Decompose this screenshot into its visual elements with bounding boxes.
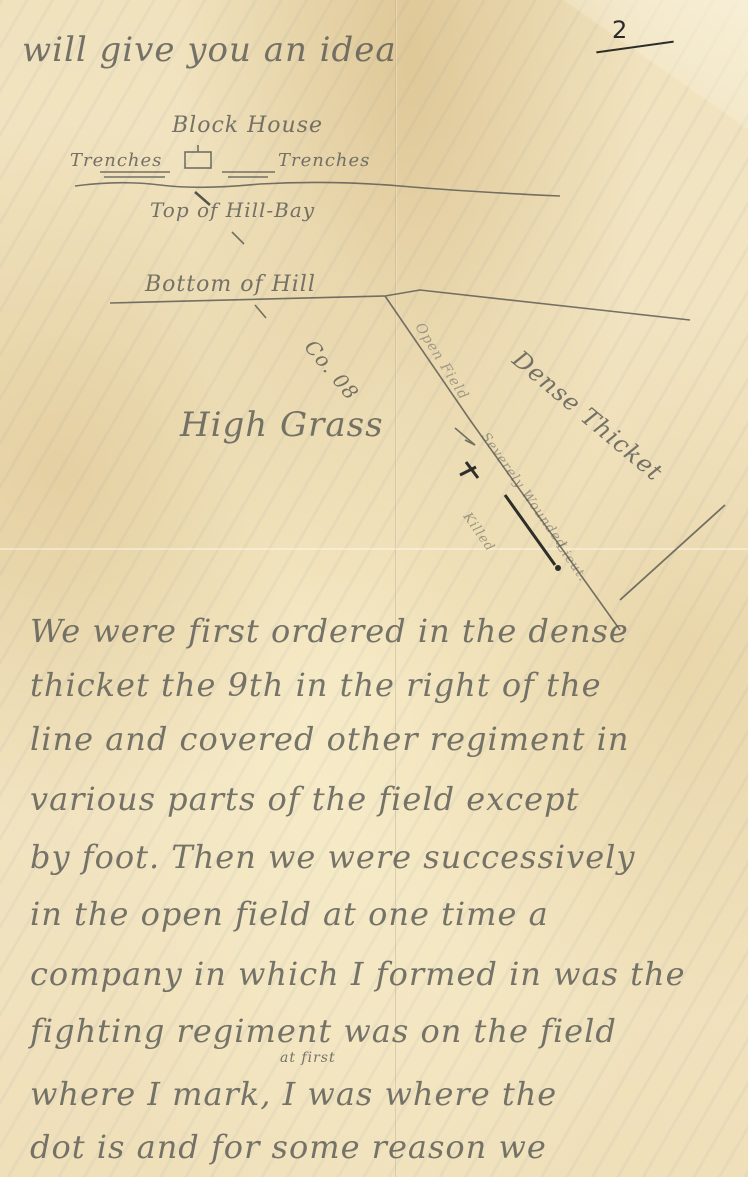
- body-line-1: We were first ordered in the dense: [30, 612, 629, 650]
- label-trenches-left: Trenches: [70, 150, 162, 171]
- label-high-grass: High Grass: [180, 405, 384, 445]
- body-line-8: fighting regiment was on the field: [30, 1012, 617, 1050]
- letter-page: 2 will give you an idea: [0, 0, 748, 1177]
- body-line-6: in the open field at one time a: [30, 895, 549, 933]
- body-line-10: dot is and for some reason we: [30, 1128, 547, 1166]
- label-bottom-of-hill: Bottom of Hill: [145, 272, 316, 297]
- body-line-4: various parts of the field except: [30, 780, 579, 818]
- body-line-3: line and covered other regiment in: [30, 720, 629, 758]
- body-line-5: by foot. Then we were successively: [30, 838, 635, 876]
- block-house-icon: [185, 152, 211, 168]
- sketch-map: [0, 0, 748, 1177]
- body-line-9: where I mark, I was where the: [30, 1075, 557, 1113]
- position-dot-icon: [555, 565, 561, 571]
- label-block-house: Block House: [172, 113, 323, 138]
- label-trenches-right: Trenches: [278, 150, 370, 171]
- label-top-of-hill: Top of Hill-Bay: [150, 198, 315, 222]
- interlinear-note: at first: [280, 1050, 336, 1066]
- body-line-2: thicket the 9th in the right of the: [30, 666, 602, 704]
- body-line-7: company in which I formed in was the: [30, 955, 686, 993]
